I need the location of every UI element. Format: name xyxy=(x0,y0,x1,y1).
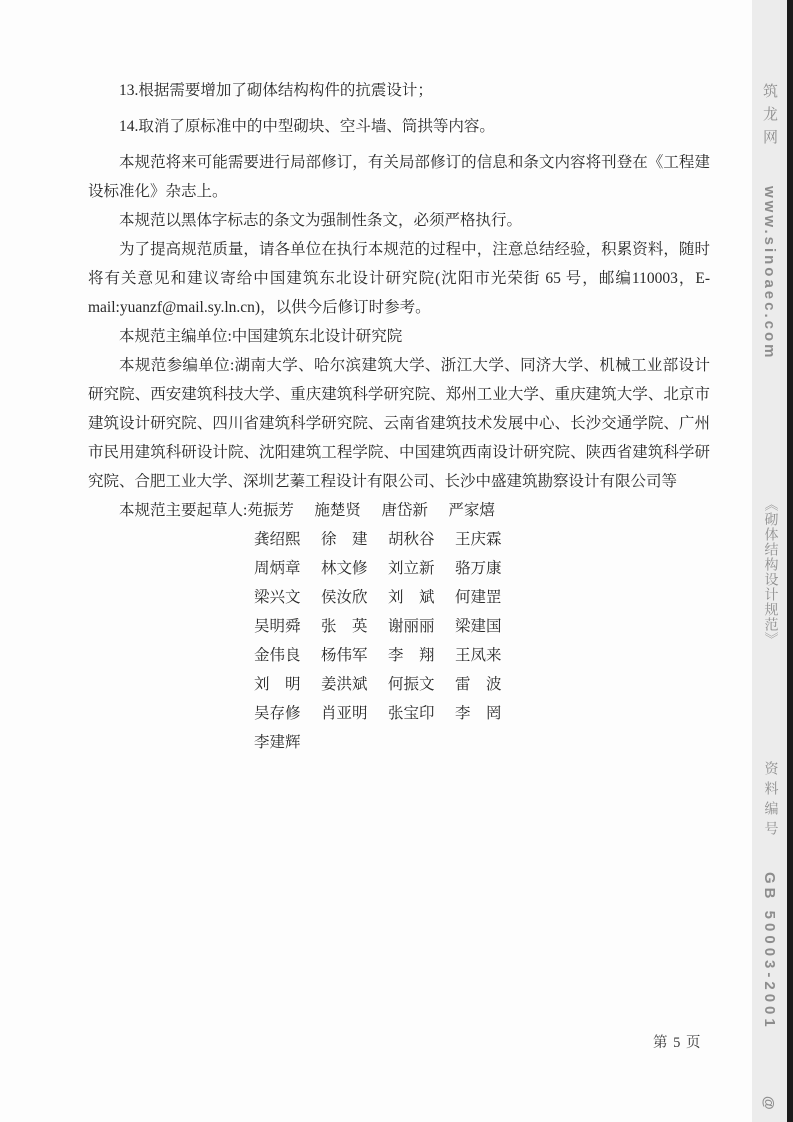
drafter-row: 吴存修肖亚明张宝印李 罔 xyxy=(88,699,710,728)
drafter-name: 侯汝欣 xyxy=(321,583,388,612)
paragraph-revision-notice: 本规范将来可能需要进行局部修订，有关局部修订的信息和条文内容将刊登在《工程建设标… xyxy=(88,148,710,206)
drafter-row: 周炳章林文修刘立新骆万康 xyxy=(88,554,710,583)
drafter-name: 杨伟军 xyxy=(321,641,388,670)
drafter-row: 梁兴文侯汝欣刘 斌何建罡 xyxy=(88,583,710,612)
drafter-row: 刘 明姜洪斌何振文雷 波 xyxy=(88,670,710,699)
drafter-name: 吴存修 xyxy=(254,699,321,728)
ref-label-vertical-text: 资料编号 xyxy=(760,761,780,841)
drafter-name: 梁建国 xyxy=(455,612,522,641)
drafter-name: 雷 波 xyxy=(455,670,522,699)
drafter-row: 吴明舜张 英谢丽丽梁建国 xyxy=(88,612,710,641)
drafter-row: 李建辉 xyxy=(88,728,710,757)
binding-edge-bar xyxy=(787,0,793,1122)
drafters-label: 本规范主要起草人: xyxy=(119,502,247,519)
paragraph-item-14: 14.取消了原标准中的中型砌块、空斗墙、筒拱等内容。 xyxy=(88,112,710,141)
drafter-name: 龚绍熙 xyxy=(254,525,321,554)
drafter-name: 徐 建 xyxy=(321,525,388,554)
drafters-line: 本规范主要起草人:苑振芳施楚贤唐岱新严家熺 xyxy=(88,496,710,525)
drafter-rows: 龚绍熙徐 建胡秋谷王庆霖周炳章林文修刘立新骆万康梁兴文侯汝欣刘 斌何建罡吴明舜张… xyxy=(88,525,710,757)
site-url-vertical-text: www.sinoaec.com xyxy=(761,186,778,361)
drafter-name: 骆万康 xyxy=(455,554,522,583)
drafter-name: 梁兴文 xyxy=(254,583,321,612)
drafter-name: 何建罡 xyxy=(455,583,522,612)
drafter-name: 施楚贤 xyxy=(314,496,381,525)
drafter-name: 肖亚明 xyxy=(321,699,388,728)
ref-number-vertical-text: GB 50003-2001 xyxy=(761,872,778,1031)
drafter-name: 唐岱新 xyxy=(381,496,448,525)
drafter-name: 胡秋谷 xyxy=(388,525,455,554)
paragraph-chief-editor-unit: 本规范主编单位:中国建筑东北设计研究院 xyxy=(88,322,710,351)
paragraph-participating-units: 本规范参编单位:湖南大学、哈尔滨建筑大学、浙江大学、同济大学、机械工业部设计研究… xyxy=(88,351,710,496)
drafter-name: 王凤来 xyxy=(455,641,522,670)
drafter-name: 周炳章 xyxy=(254,554,321,583)
page-number: 第 5 页 xyxy=(653,1031,702,1052)
paragraph-mandatory-clauses: 本规范以黑体字标志的条文为强制性条文，必须严格执行。 xyxy=(88,206,710,235)
drafter-row: 龚绍熙徐 建胡秋谷王庆霖 xyxy=(88,525,710,554)
drafter-name: 严家熺 xyxy=(448,496,515,525)
drafter-name: 王庆霖 xyxy=(455,525,522,554)
sidebar: 筑龙网 www.sinoaec.com 《砌体结构设计规范》 资料编号 GB 5… xyxy=(752,0,787,1122)
drafter-name: 林文修 xyxy=(321,554,388,583)
drafter-name: 刘 斌 xyxy=(388,583,455,612)
drafter-name: 刘 明 xyxy=(254,670,321,699)
drafter-name: 吴明舜 xyxy=(254,612,321,641)
drafter-name: 刘立新 xyxy=(388,554,455,583)
drafter-name: 姜洪斌 xyxy=(321,670,388,699)
drafter-name: 李建辉 xyxy=(254,728,321,757)
doc-title-vertical-text: 《砌体结构设计规范》 xyxy=(760,497,780,647)
drafter-name: 李 罔 xyxy=(455,699,522,728)
drafter-name: 张宝印 xyxy=(388,699,455,728)
paragraph-feedback-address: 为了提高规范质量，请各单位在执行本规范的过程中，注意总结经验，积累资料，随时将有… xyxy=(88,235,710,322)
drafter-row: 金伟良杨伟军李 翔王凤来 xyxy=(88,641,710,670)
drafter-name: 金伟良 xyxy=(254,641,321,670)
drafter-name: 谢丽丽 xyxy=(388,612,455,641)
drafter-name: 苑振芳 xyxy=(247,496,314,525)
at-symbol: @ xyxy=(762,1096,778,1110)
drafter-first-row: 苑振芳施楚贤唐岱新严家熺 xyxy=(247,502,515,519)
drafter-name: 张 英 xyxy=(321,612,388,641)
drafter-name: 何振文 xyxy=(388,670,455,699)
document-body: 13.根据需要增加了砌体结构构件的抗震设计； 14.取消了原标准中的中型砌块、空… xyxy=(88,76,710,757)
paragraph-item-13: 13.根据需要增加了砌体结构构件的抗震设计； xyxy=(88,76,710,105)
drafter-name: 李 翔 xyxy=(388,641,455,670)
site-name-vertical-text: 筑龙网 xyxy=(759,83,780,152)
